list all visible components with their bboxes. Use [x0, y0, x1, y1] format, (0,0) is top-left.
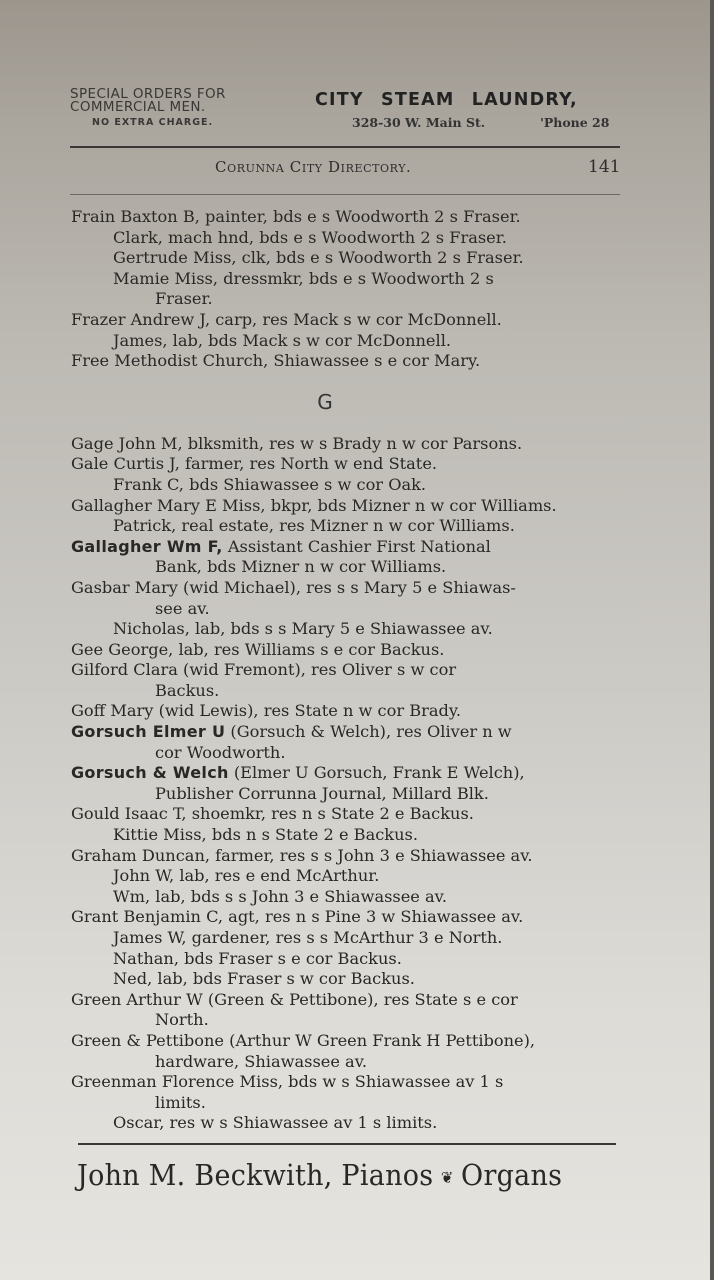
footer-rule [78, 1143, 616, 1145]
directory-entry-line: Gee George, lab, res Williams s e cor Ba… [71, 640, 619, 661]
directory-entry-line: Gilford Clara (wid Fremont), res Oliver … [71, 660, 619, 681]
entry-text: (Elmer U Gorsuch, Frank E Welch), [229, 763, 525, 782]
directory-entry-line: Mamie Miss, dressmkr, bds e s Woodworth … [71, 269, 619, 290]
entry-bold-name: Gorsuch Elmer U [71, 722, 225, 741]
directory-entry-line: Frazer Andrew J, carp, res Mack s w cor … [71, 310, 619, 331]
footer-advertisement: John M. Beckwith, Pianos❦Organs [77, 1158, 562, 1192]
special-orders-line2: COMMERCIAL MEN. [70, 101, 226, 114]
entry-text: Ned, lab, bds Fraser s w cor Backus. [113, 969, 415, 988]
directory-entry-line: Backus. [71, 681, 619, 702]
header-advertisement: SPECIAL ORDERS FOR COMMERCIAL MEN. NO EX… [70, 88, 620, 138]
entry-text: Frazer Andrew J, carp, res Mack s w cor … [71, 310, 502, 329]
entry-text: Green & Pettibone (Arthur W Green Frank … [71, 1031, 535, 1050]
directory-entry-line: Green Arthur W (Green & Pettibone), res … [71, 990, 619, 1011]
laundry-title: CITY STEAM LAUNDRY, [315, 90, 578, 110]
entry-text: cor Woodworth. [155, 743, 286, 762]
directory-entry-line: Gertrude Miss, clk, bds e s Woodworth 2 … [71, 248, 619, 269]
directory-entry-line: Gale Curtis J, farmer, res North w end S… [71, 454, 619, 475]
entry-text: Green Arthur W (Green & Pettibone), res … [71, 990, 518, 1009]
section-letter-g: G [71, 392, 619, 412]
directory-entry-line: Kittie Miss, bds n s State 2 e Backus. [71, 825, 619, 846]
entry-bold-name: Gallagher Wm F, [71, 537, 223, 556]
page-edge-shadow [710, 0, 714, 1280]
footer-ad-organs: Organs [461, 1158, 562, 1192]
directory-entry-line: Publisher Corrunna Journal, Millard Blk. [71, 784, 619, 805]
entry-text: Gallagher Mary E Miss, bkpr, bds Mizner … [71, 496, 557, 515]
directory-entry-line: Oscar, res w s Shiawassee av 1 s limits. [71, 1113, 619, 1134]
entry-text: Oscar, res w s Shiawassee av 1 s limits. [113, 1113, 437, 1132]
directory-entry-line: cor Woodworth. [71, 743, 619, 764]
running-head-rule [70, 194, 620, 195]
entry-text: Mamie Miss, dressmkr, bds e s Woodworth … [113, 269, 494, 288]
entry-text: James, lab, bds Mack s w cor McDonnell. [113, 331, 451, 350]
entry-text: Goff Mary (wid Lewis), res State n w cor… [71, 701, 461, 720]
laundry-phone: 'Phone 28 [540, 115, 609, 130]
entry-text: Wm, lab, bds s s John 3 e Shiawassee av. [113, 887, 447, 906]
footer-ad-name: John M. Beckwith, Pianos [77, 1158, 433, 1192]
directory-entry-line: Greenman Florence Miss, bds w s Shiawass… [71, 1072, 619, 1093]
directory-entry-line: Nathan, bds Fraser s e cor Backus. [71, 949, 619, 970]
entry-text: North. [155, 1010, 209, 1029]
directory-entry-line: Free Methodist Church, Shiawassee s e co… [71, 351, 619, 372]
no-extra-charge: NO EXTRA CHARGE. [92, 117, 226, 128]
entry-text: John W, lab, res e end McArthur. [113, 866, 379, 885]
entry-text: Gould Isaac T, shoemkr, res n s State 2 … [71, 804, 474, 823]
directory-entry-line: Bank, bds Mizner n w cor Williams. [71, 557, 619, 578]
directory-entry-line: James W, gardener, res s s McArthur 3 e … [71, 928, 619, 949]
entry-text: Greenman Florence Miss, bds w s Shiawass… [71, 1072, 503, 1091]
special-orders-notice: SPECIAL ORDERS FOR COMMERCIAL MEN. NO EX… [70, 88, 226, 128]
page-number: 141 [588, 157, 620, 177]
entry-text: Gasbar Mary (wid Michael), res s s Mary … [71, 578, 516, 597]
directory-entry-line: Green & Pettibone (Arthur W Green Frank … [71, 1031, 619, 1052]
entry-text: (Gorsuch & Welch), res Oliver n w [225, 722, 511, 741]
directory-entry-line: Wm, lab, bds s s John 3 e Shiawassee av. [71, 887, 619, 908]
entry-text: James W, gardener, res s s McArthur 3 e … [113, 928, 502, 947]
directory-entry-line: see av. [71, 599, 619, 620]
entry-text: Assistant Cashier First National [223, 537, 491, 556]
running-head-title: Corunna City Directory. [215, 158, 411, 176]
entry-text: hardware, Shiawassee av. [155, 1052, 367, 1071]
directory-entry-line: Gasbar Mary (wid Michael), res s s Mary … [71, 578, 619, 599]
entries-g-list: Gage John M, blksmith, res w s Brady n w… [71, 434, 619, 1134]
directory-entry-line: Patrick, real estate, res Mizner n w cor… [71, 516, 619, 537]
directory-entry-line: North. [71, 1010, 619, 1031]
directory-entry-line: Frain Baxton B, painter, bds e s Woodwor… [71, 207, 619, 228]
directory-entry-line: Graham Duncan, farmer, res s s John 3 e … [71, 846, 619, 867]
entry-text: Gage John M, blksmith, res w s Brady n w… [71, 434, 522, 453]
directory-entry-line: Nicholas, lab, bds s s Mary 5 e Shiawass… [71, 619, 619, 640]
entry-text: Nathan, bds Fraser s e cor Backus. [113, 949, 402, 968]
directory-entry-line: limits. [71, 1093, 619, 1114]
entry-text: Frank C, bds Shiawassee s w cor Oak. [113, 475, 426, 494]
entry-bold-name: Gorsuch & Welch [71, 763, 229, 782]
directory-entry-line: Gallagher Mary E Miss, bkpr, bds Mizner … [71, 496, 619, 517]
entry-text: Free Methodist Church, Shiawassee s e co… [71, 351, 480, 370]
directory-entry-line: John W, lab, res e end McArthur. [71, 866, 619, 887]
entry-text: see av. [155, 599, 210, 618]
header-rule [70, 146, 620, 148]
entry-text: Grant Benjamin C, agt, res n s Pine 3 w … [71, 907, 523, 926]
entry-text: Graham Duncan, farmer, res s s John 3 e … [71, 846, 533, 865]
entry-text: Frain Baxton B, painter, bds e s Woodwor… [71, 207, 521, 226]
directory-entry-line: Gorsuch Elmer U (Gorsuch & Welch), res O… [71, 722, 619, 743]
entry-text: Bank, bds Mizner n w cor Williams. [155, 557, 446, 576]
directory-entry-line: James, lab, bds Mack s w cor McDonnell. [71, 331, 619, 352]
entry-text: Clark, mach hnd, bds e s Woodworth 2 s F… [113, 228, 507, 247]
directory-entry-line: Clark, mach hnd, bds e s Woodworth 2 s F… [71, 228, 619, 249]
directory-entry-line: Grant Benjamin C, agt, res n s Pine 3 w … [71, 907, 619, 928]
and-ornament-icon: ❦ [441, 1168, 454, 1187]
entry-text: Gale Curtis J, farmer, res North w end S… [71, 454, 437, 473]
directory-entry-line: Gorsuch & Welch (Elmer U Gorsuch, Frank … [71, 763, 619, 784]
entry-text: Publisher Corrunna Journal, Millard Blk. [155, 784, 489, 803]
directory-entry-line: Frank C, bds Shiawassee s w cor Oak. [71, 475, 619, 496]
entry-text: limits. [155, 1093, 206, 1112]
entry-text: Fraser. [155, 289, 213, 308]
directory-entry-line: Ned, lab, bds Fraser s w cor Backus. [71, 969, 619, 990]
directory-entry-line: Gage John M, blksmith, res w s Brady n w… [71, 434, 619, 455]
directory-entry-line: Gallagher Wm F, Assistant Cashier First … [71, 537, 619, 558]
entry-text: Gilford Clara (wid Fremont), res Oliver … [71, 660, 456, 679]
entries-f-list: Frain Baxton B, painter, bds e s Woodwor… [71, 207, 619, 372]
directory-entry-line: Gould Isaac T, shoemkr, res n s State 2 … [71, 804, 619, 825]
entry-text: Gertrude Miss, clk, bds e s Woodworth 2 … [113, 248, 524, 267]
entry-text: Patrick, real estate, res Mizner n w cor… [113, 516, 515, 535]
directory-entries: Frain Baxton B, painter, bds e s Woodwor… [71, 207, 619, 1134]
directory-entry-line: hardware, Shiawassee av. [71, 1052, 619, 1073]
directory-entry-line: Fraser. [71, 289, 619, 310]
laundry-address: 328-30 W. Main St. [352, 115, 485, 130]
directory-entry-line: Goff Mary (wid Lewis), res State n w cor… [71, 701, 619, 722]
entry-text: Backus. [155, 681, 219, 700]
entry-text: Nicholas, lab, bds s s Mary 5 e Shiawass… [113, 619, 493, 638]
entry-text: Gee George, lab, res Williams s e cor Ba… [71, 640, 444, 659]
entry-text: Kittie Miss, bds n s State 2 e Backus. [113, 825, 418, 844]
